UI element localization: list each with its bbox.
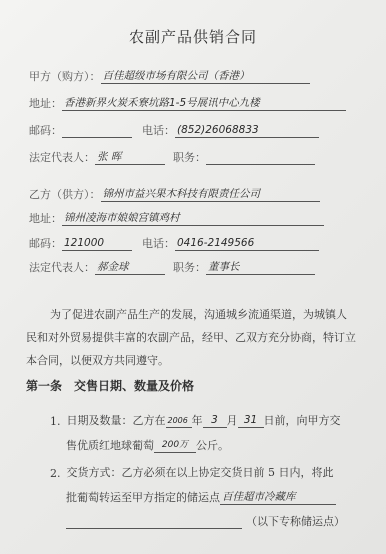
party-a-name: 百佳超级市场有限公司（香港） [101,70,310,84]
party-b-rep-row: 法定代表人： 郝金球 职务： 董事长 [29,259,315,275]
item-2-line2-prefix: 批葡萄转运至甲方指定的储运点 [66,489,220,505]
article-1-heading: 第一条 交售日期、数量及价格 [26,377,194,394]
party-a-address-label: 地址： [29,95,62,111]
item-2-line3-suffix: （以下专称储运点） [246,513,345,529]
party-a-label: 甲方（购方）： [29,68,101,84]
party-b-phone-label: 电话： [142,235,175,251]
party-b-contact-row: 邮码： 121000 电话： 0416-2149566 [29,235,319,251]
party-b-address-row: 地址： 锦州凌海市娘娘宫镇鸡村 [29,210,324,226]
party-b-rep-label: 法定代表人： [29,259,95,275]
article-1-item-2-line-2: 批葡萄转运至甲方指定的储运点 百佳超市冷藏库 [66,489,336,505]
party-a-title [206,164,315,165]
party-b-name: 锦州市益兴果木科技有限责任公司 [101,188,320,202]
party-a-phone-label: 电话： [142,122,175,138]
party-a-phone: (852)26068833 [175,124,319,138]
party-b-rep: 郝金球 [95,261,165,275]
item-1-line2-prefix: 售优质红地球葡萄 [66,437,154,453]
party-b-postcode-label: 邮码： [29,235,62,251]
article-1-item-2-line-3: （以下专称储运点） [66,513,345,529]
month-unit: 月 [227,412,238,428]
party-b-address: 锦州凌海市娘娘宫镇鸡村 [62,212,324,226]
contract-page: 农副产品供销合同 甲方（购方）： 百佳超级市场有限公司（香港） 地址： 香港新界… [0,0,386,554]
delivery-year: 2006 [166,414,192,428]
party-a-rep-row: 法定代表人： 张 晖 职务： [29,149,315,165]
item-1-prefix: 日期及数量：乙方在 [67,412,166,428]
article-1-item-1-line-1: 1. 日期及数量：乙方在 2006 年 3 月 31 日前，向甲方交 [50,412,341,428]
article-1-item-1-line-2: 售优质红地球葡萄 200万 公斤。 [66,437,229,453]
article-1-item-2-line-1: 2. 交货方式：乙方必须在以上协定交货日前 5 日内，将此 [50,464,334,480]
item-number: 2. [50,467,61,480]
party-a-postcode [62,137,132,138]
party-b-title: 董事长 [206,261,315,275]
delivery-day: 31 [238,414,264,428]
party-a-name-row: 甲方（购方）： 百佳超级市场有限公司（香港） [29,68,310,84]
quantity-unit: 公斤。 [196,437,229,453]
storage-location: 百佳超市冷藏库 [220,491,336,505]
party-a-address: 香港新界火炭禾寮坑路1-5号展讯中心九楼 [62,97,346,111]
party-a-rep: 张 晖 [95,151,165,165]
year-unit: 年 [192,412,203,428]
party-b-label: 乙方（供方）： [29,186,101,202]
storage-location-continuation [66,528,242,529]
party-b-phone: 0416-2149566 [175,237,319,251]
party-a-postcode-label: 邮码： [29,122,62,138]
party-a-rep-label: 法定代表人： [29,149,95,165]
party-b-name-row: 乙方（供方）： 锦州市益兴果木科技有限责任公司 [29,186,320,202]
item-number: 1. [50,415,61,428]
party-b-title-label: 职务： [173,259,206,275]
party-b-address-label: 地址： [29,210,62,226]
document-title: 农副产品供销合同 [0,26,386,47]
party-a-address-row: 地址： 香港新界火炭禾寮坑路1-5号展讯中心九楼 [29,95,346,111]
item-1-suffix: 日前，向甲方交 [264,412,341,428]
item-2-line1: 交货方式：乙方必须在以上协定交货日前 5 日内，将此 [67,464,334,480]
party-b-postcode: 121000 [62,237,132,251]
delivery-quantity: 200万 [154,439,196,453]
party-a-title-label: 职务： [173,149,206,165]
delivery-month: 3 [203,414,227,428]
preamble-paragraph: 为了促进农副产品生产的发展，沟通城乡流通渠道，为城镇人民和对外贸易提供丰富的农副… [26,303,356,372]
party-a-contact-row: 邮码： 电话： (852)26068833 [29,122,319,138]
